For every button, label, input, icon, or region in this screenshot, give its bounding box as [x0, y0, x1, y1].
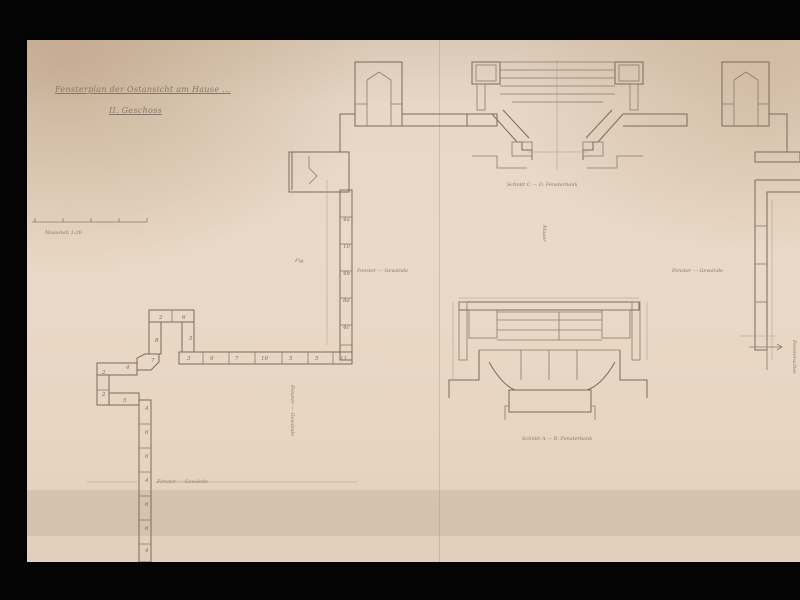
window-jamb-upper-left [289, 62, 467, 192]
window-jamb-upper-right [722, 62, 800, 360]
section-lower [449, 298, 647, 420]
scale-bar [32, 218, 147, 222]
axis-marker-right [749, 340, 782, 370]
wall-column-lower [87, 400, 357, 562]
wall-middle [179, 180, 352, 364]
floor-plan-drawing [27, 40, 800, 562]
section-upper [427, 60, 687, 170]
wall-block-upper-left [137, 310, 194, 370]
wall-block-lower-left [97, 363, 139, 405]
drawing-sheet: Fensterplan der Ostansicht am Hause ... … [27, 40, 800, 562]
